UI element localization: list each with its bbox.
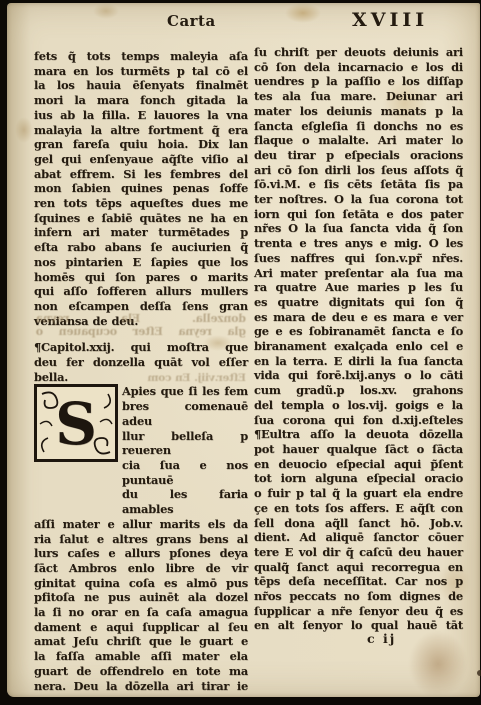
text-line: ſupplicar a nr̃e ſenyor deu q̃ es [254, 604, 463, 619]
text-line: ſō.vi.M. e ſis cēts ſetāta ſis pa [254, 177, 463, 192]
text-line: mater los deiunis manats p la [254, 104, 463, 119]
text-line: tēps deſa neceſſitat. Car nos p [254, 574, 463, 589]
text-line: malayia la altre fortment q̃ era [34, 123, 248, 138]
woodcut-initial-frame: S [34, 384, 118, 462]
text-line: cō ſon dela incarnacio e los di [254, 60, 463, 75]
text-line: tot iorn alguna eſpecial oracio [254, 471, 463, 486]
text-line: qui aſſo ſofferen allurs mullers [34, 284, 248, 299]
text-line: la ſi no orar en ſa caſa amagua [34, 605, 248, 620]
stain [285, 3, 321, 23]
text-line: nera. Deu la dōzella ari tirar ie [34, 679, 248, 694]
text-line: gla reyna Eſter ocupauen o [36, 325, 246, 338]
text-line: pfitoſa ne pus auinēt ala dozel [34, 590, 248, 605]
text-line: cia ſua e nos puntauē [122, 458, 248, 487]
text-line: es quatre dignitats qui ſon q̃ [254, 295, 463, 310]
text-line: tes ala ſua mare. Deiunar ari [254, 89, 463, 104]
text-line: la los hauia ēſenyats finalmēt [34, 78, 248, 93]
running-header: Carta [167, 12, 216, 30]
text-line: ¶Capitol.xxij. qui moſtra que [34, 340, 248, 355]
show-through-text: donzella. Ela reynagla reyna Eſter ocupa… [36, 312, 246, 338]
text-line: ſell dona aq̃ll ſanct hō. Job.v. [254, 516, 463, 531]
text-line: gran fareſa quiu hoia. Dix lan [34, 137, 248, 152]
text-line: nr̃os peccats no ſom dignes de [254, 589, 463, 604]
text-line: o fuir p tal q̃ la guart ela endre [254, 486, 463, 501]
text-line: fets q̃ tots temps maleyia aſa [34, 49, 248, 64]
stain [93, 3, 119, 19]
text-line: nr̃es O la ſua ſancta vida q̃ ſon [254, 221, 463, 236]
text-line: biranament exalçada enlo cel e [254, 339, 463, 354]
text-line: çe en tots ſos affers. E aq̃ſt con [254, 501, 463, 516]
text-line: ren tots tēps aqueſtes dues me [34, 196, 248, 211]
text-line: dient. Ad aliquē ſanctor cōuer [254, 530, 463, 545]
paragraph: fets q̃ tots temps maleyia aſamara en lo… [34, 49, 248, 328]
text-line: mara en los turmēts p tal cō el [34, 64, 248, 79]
text-line: dament e aqui ſupplicar al ſeu [34, 620, 248, 635]
text-line: llur belleſa p reueren [122, 429, 248, 458]
text-line: donzella. Ela reyna [36, 312, 246, 325]
right-column: ſu chriſt per deuots deiunis aricō ſon d… [254, 45, 463, 633]
page: Carta XVIII fets q̃ tots temps maleyia a… [7, 3, 480, 697]
text-line: gel qui enſenyaue aq̃ſte viſio al [34, 152, 248, 167]
text-line: pot hauer qualque ſāct o ſācta [254, 442, 463, 457]
quire-signature: c ij [367, 631, 396, 646]
text-line: vida qui forē.lxij.anys o lo cāti [254, 368, 463, 383]
text-line: aſſi mater e allur marits els da [34, 517, 248, 532]
book-scan: Carta XVIII fets q̃ tots temps maleyia a… [0, 0, 481, 705]
left-column: fets q̃ tots temps maleyia aſamara en lo… [34, 49, 248, 693]
paragraph: ſu chriſt per deuots deiunis aricō ſon d… [254, 45, 463, 633]
text-line: ſua corona qui fon d.xij.eſteles [254, 413, 463, 428]
text-line: ¶Eultra aſſo la deuota dōzella [254, 427, 463, 442]
text-line: uendres p la paſſio e los diſſap [254, 74, 463, 89]
text-line: ter noſtres. O la ſua corona tot [254, 192, 463, 207]
text-line: abat effrem. Si les fembres del [34, 167, 248, 182]
decorated-initial: S [34, 384, 118, 462]
text-line: ari cō ſon dirli los ſeus aſſots q̃ [254, 163, 463, 178]
initial-paragraph: S Apies que ſi les fembres comenauē adeu… [34, 384, 248, 516]
text-line: homēs qui ſon pares o marits [34, 270, 248, 285]
text-line: deu fer donzella quāt vol eſſer [34, 355, 248, 370]
text-line: iorn qui ſon ſetāta e dos pater [254, 207, 463, 222]
text-line: mori la mara fonch gitada la [34, 93, 248, 108]
text-line: ge e es ſobiranamēt ſancta e ſo [254, 324, 463, 339]
text-line: ſquines e ſabiē quātes ne ha en [34, 211, 248, 226]
folio-number: XVIII [352, 9, 428, 31]
text-line: ria ſalut e altres grans bens al [34, 532, 248, 547]
text-line: infern ari mater turmētades p [34, 225, 248, 240]
text-line: Ari mater preſentar ala ſua ma [254, 266, 463, 281]
wrapped-lines: Apies que ſi les fembres comenauē adeull… [122, 384, 248, 516]
text-line: ſues naffres qui ſon.v.pr̃ nr̃es. [254, 251, 463, 266]
text-line: nos pintarien E ſapies que los [34, 255, 248, 270]
text-line: Apies que ſi les fem [122, 384, 248, 399]
show-through-fragment: Eſter.viij. En com [96, 371, 246, 386]
text-line: ſāct Ambros enlo libre de vir [34, 561, 248, 576]
initial-letter: S [55, 390, 97, 458]
text-line: en alt ſenyor lo qual hauē tāt [254, 618, 463, 633]
text-line: tere E vol dir q̃ caſcū deu hauer [254, 545, 463, 560]
text-line: cum gradũ.p los.xv. grahons [254, 383, 463, 398]
stain [477, 670, 481, 676]
text-line: ſancta eſgleſia ſi donchs no es [254, 119, 463, 134]
text-line: ius ab la filla. E lauores la vna [34, 108, 248, 123]
text-line: ra quatre Aue maries p les ſu [254, 280, 463, 295]
text-line: en la terra. E dirli la ſua ſancta [254, 354, 463, 369]
text-line: la faſſa amable aſſi mater ela [34, 649, 248, 664]
paragraph: aſſi mater e allur marits els daria ſalu… [34, 517, 248, 693]
text-line: du les faria amables [122, 487, 248, 516]
text-line: eſta rabo abans ſe auciurien q̃ [34, 240, 248, 255]
text-line: guart de offendrelo en tote ma [34, 664, 248, 679]
text-line: en deuocio eſpecial aqui p̃ſent [254, 457, 463, 472]
stain [409, 631, 467, 697]
text-line: trenta e tres anys e mig. O les [254, 236, 463, 251]
text-line: bres comenauē adeu [122, 399, 248, 428]
text-line: ginitat quina coſa es almō pus [34, 576, 248, 591]
text-line: del templa o los.vij. goigs e la [254, 398, 463, 413]
text-line: amat Jeſu chriſt que le guart e [34, 634, 248, 649]
text-line: flaque o malalte. Ari mater lo [254, 133, 463, 148]
text-line: deu tirar p eſpecials oracions [254, 148, 463, 163]
stain [15, 117, 33, 143]
text-line: lurs caſes e allurs pſones deya [34, 546, 248, 561]
text-line: mon ſabien quines penas ſoffe [34, 181, 248, 196]
text-line: qualq̃ ſanct aqui recorregua en [254, 560, 463, 575]
text-line: ſu chriſt per deuots deiunis ari [254, 45, 463, 60]
text-line: es mara de deu e es mara e ver [254, 310, 463, 325]
